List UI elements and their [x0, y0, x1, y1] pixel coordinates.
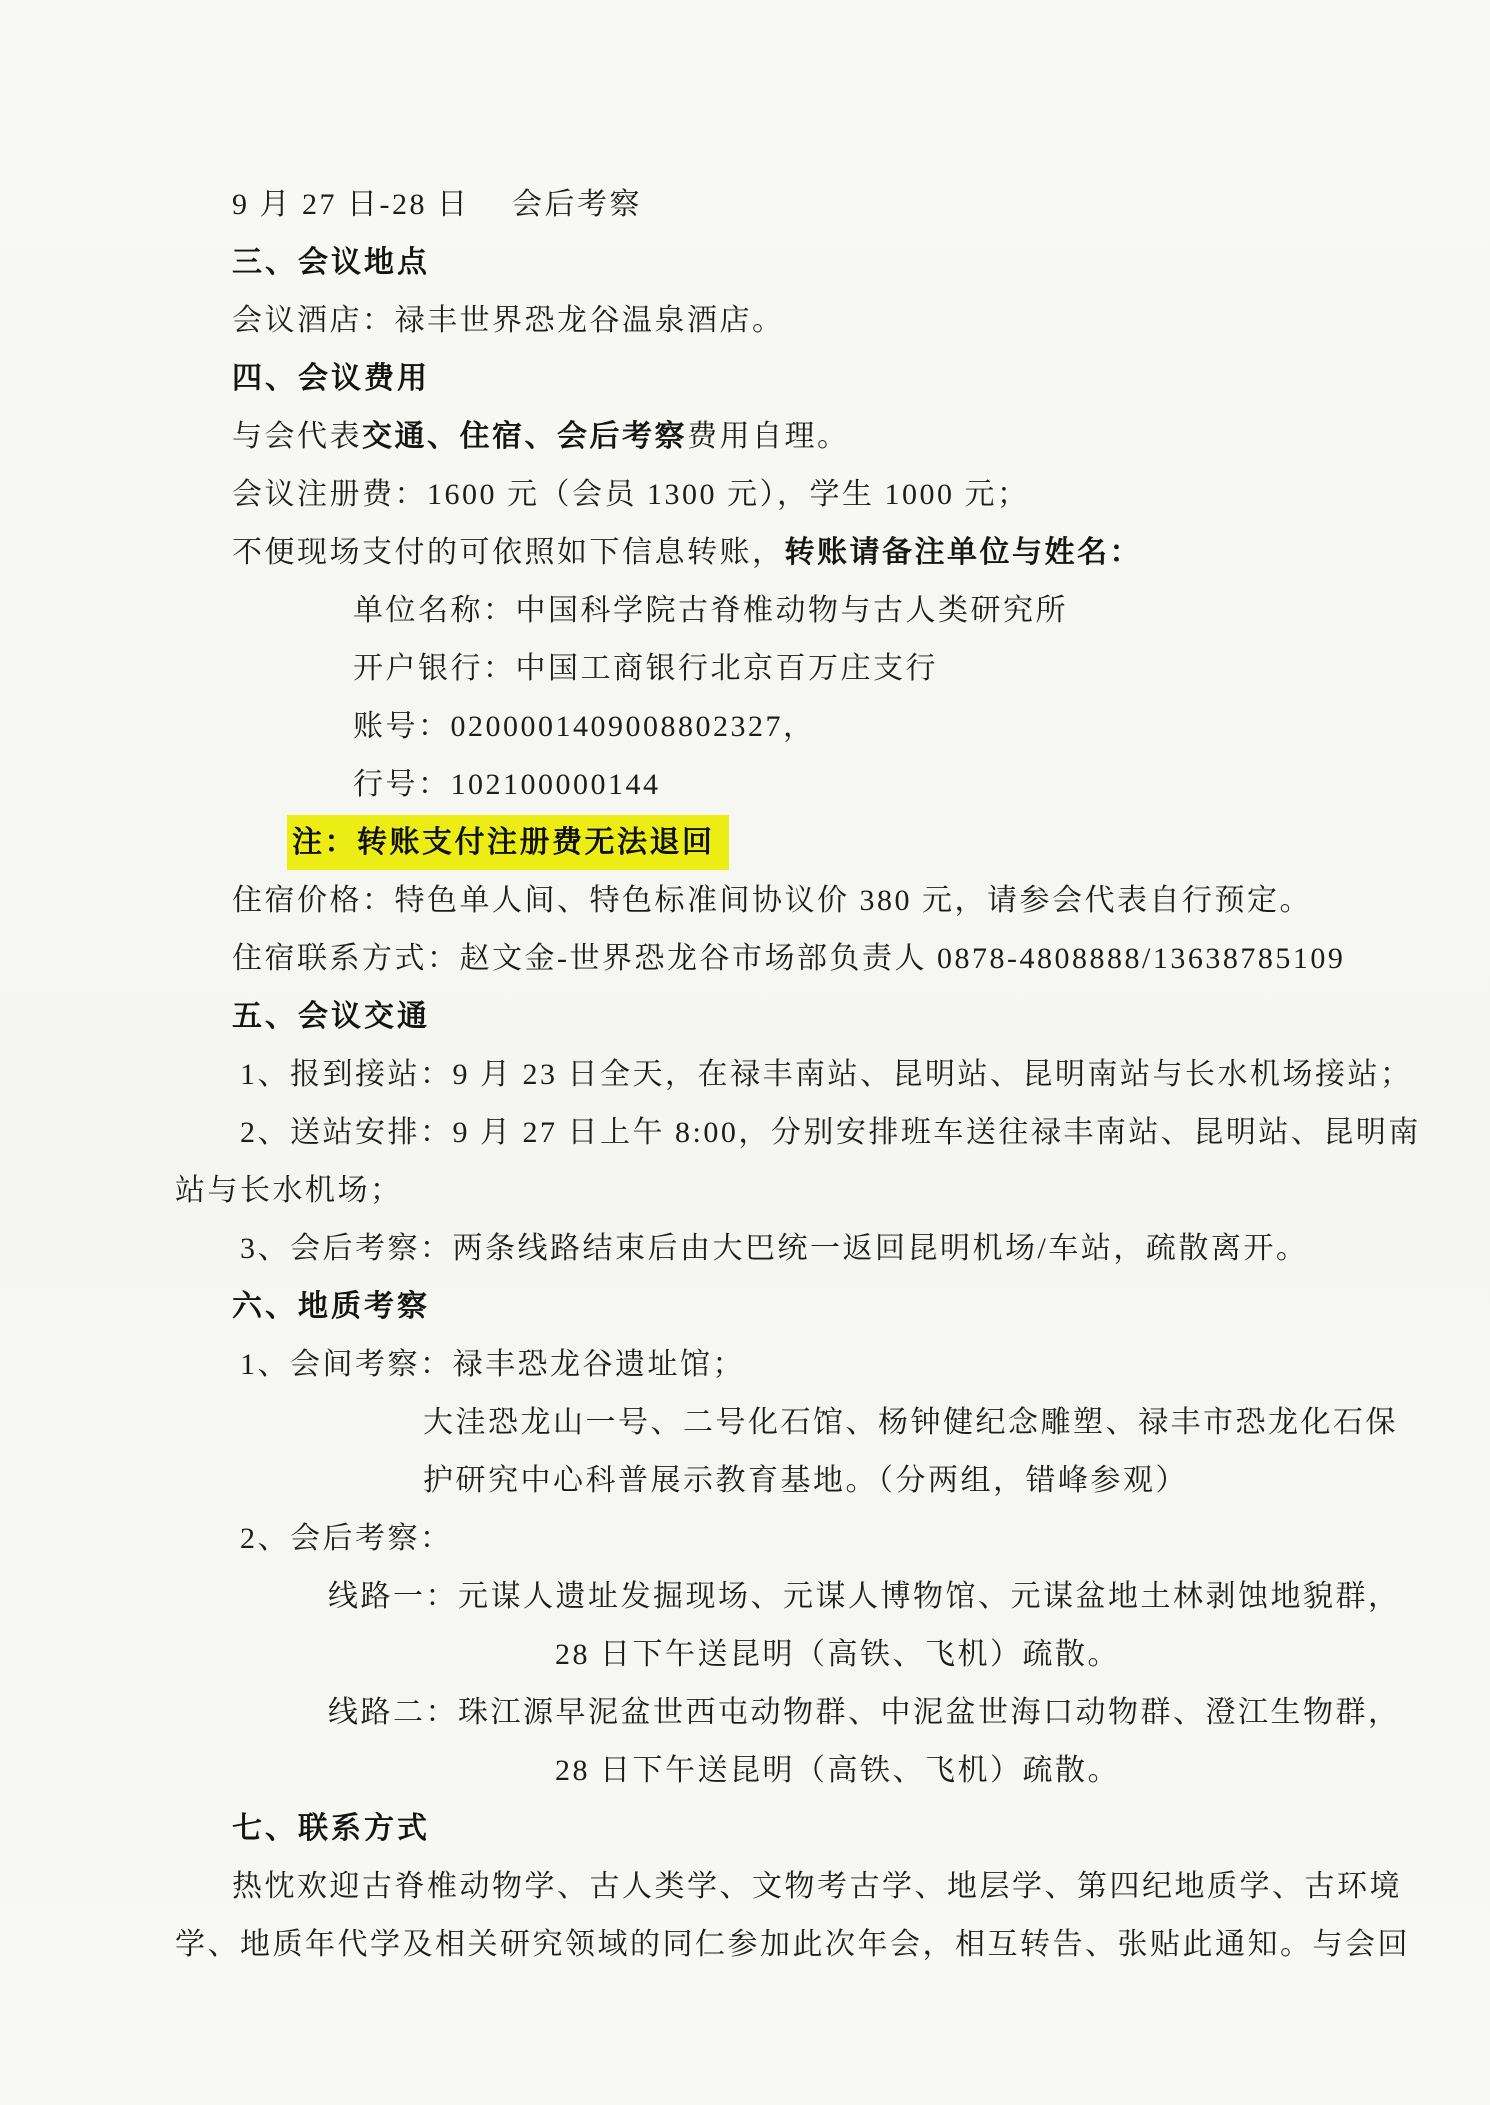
route-2-continuation: 28 日下午送昆明（高铁、飞机）疏散。 [0, 1742, 1490, 1800]
excursion-item-1-continuation-1: 大洼恐龙山一号、二号化石馆、杨钟健纪念雕塑、禄丰市恐龙化石保 [0, 1394, 1490, 1452]
hotel-line: 会议酒店：禄丰世界恐龙谷温泉酒店。 [0, 292, 1490, 350]
lodging-price-line: 住宿价格：特色单人间、特色标准间协议价 380 元，请参会代表自行预定。 [0, 872, 1490, 930]
welcome-line-2: 学、地质年代学及相关研究领域的同仁参加此次年会，相互转告、张贴此通知。与会回 [0, 1916, 1490, 1974]
transport-item-3: 3、会后考察：两条线路结束后由大巴统一返回昆明机场/车站，疏散离开。 [0, 1220, 1490, 1278]
section-3-heading: 三、会议地点 [0, 234, 1490, 292]
welcome-line-1: 热忱欢迎古脊椎动物学、古人类学、文物考古学、地层学、第四纪地质学、古环境 [0, 1858, 1490, 1916]
route-2-line: 线路二：珠江源早泥盆世西屯动物群、中泥盆世海口动物群、澄江生物群， [0, 1684, 1490, 1742]
scanned-document-page: 9 月 27 日-28 日 会后考察 三、会议地点 会议酒店：禄丰世界恐龙谷温泉… [0, 0, 1490, 2105]
highlighted-note: 注：转账支付注册费无法退回 [287, 815, 729, 870]
section-7-heading: 七、联系方式 [0, 1800, 1490, 1858]
section-5-heading: 五、会议交通 [0, 988, 1490, 1046]
self-pay-post: 费用自理。 [687, 420, 850, 453]
self-pay-pre: 与会代表 [232, 420, 362, 453]
transport-item-2: 2、送站安排：9 月 27 日上午 8:00，分别安排班车送往禄丰南站、昆明站、… [0, 1104, 1490, 1162]
transport-item-2-continuation: 站与长水机场； [0, 1162, 1490, 1220]
date-line: 9 月 27 日-28 日 会后考察 [0, 176, 1490, 234]
excursion-item-2: 2、会后考察： [0, 1510, 1490, 1568]
excursion-item-1: 1、会间考察：禄丰恐龙谷遗址馆； [0, 1336, 1490, 1394]
transfer-bold: 转账请备注单位与姓名： [785, 536, 1143, 569]
route-1-continuation: 28 日下午送昆明（高铁、飞机）疏散。 [0, 1626, 1490, 1684]
self-pay-bold: 交通、住宿、会后考察 [362, 420, 687, 453]
route-1-line: 线路一：元谋人遗址发掘现场、元谋人博物馆、元谋盆地土林剥蚀地貌群， [0, 1568, 1490, 1626]
section-4-heading: 四、会议费用 [0, 350, 1490, 408]
transfer-pre: 不便现场支付的可依照如下信息转账， [232, 536, 785, 569]
bank-branch-no-line: 行号：102100000144 [0, 756, 1490, 814]
note-line: 注：转账支付注册费无法退回 [0, 814, 1490, 872]
self-pay-line: 与会代表交通、住宿、会后考察费用自理。 [0, 408, 1490, 466]
excursion-item-1-continuation-2: 护研究中心科普展示教育基地。（分两组，错峰参观） [0, 1452, 1490, 1510]
bank-account-line: 账号：0200001409008802327， [0, 698, 1490, 756]
transfer-line: 不便现场支付的可依照如下信息转账，转账请备注单位与姓名： [0, 524, 1490, 582]
bank-name-line: 开户银行：中国工商银行北京百万庄支行 [0, 640, 1490, 698]
document-body: 9 月 27 日-28 日 会后考察 三、会议地点 会议酒店：禄丰世界恐龙谷温泉… [0, 176, 1490, 1974]
lodging-contact-line: 住宿联系方式：赵文金-世界恐龙谷市场部负责人 0878-4808888/1363… [0, 930, 1490, 988]
transport-item-1: 1、报到接站：9 月 23 日全天，在禄丰南站、昆明站、昆明南站与长水机场接站； [0, 1046, 1490, 1104]
registration-fee-line: 会议注册费：1600 元（会员 1300 元），学生 1000 元； [0, 466, 1490, 524]
bank-unit-name-line: 单位名称：中国科学院古脊椎动物与古人类研究所 [0, 582, 1490, 640]
section-6-heading: 六、地质考察 [0, 1278, 1490, 1336]
